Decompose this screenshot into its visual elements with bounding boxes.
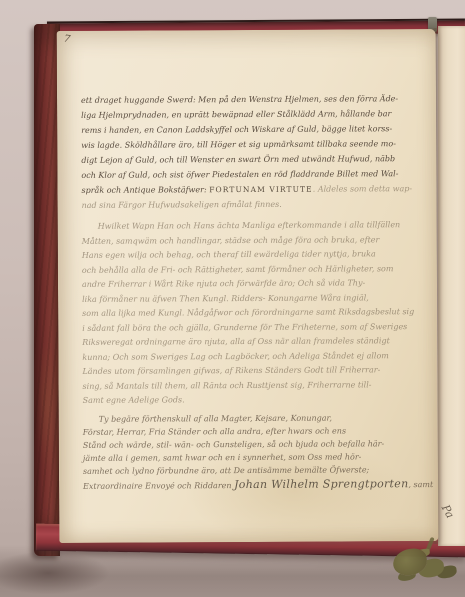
manuscript-line: wis lagde. Sköldhållare äro, till Höger … bbox=[81, 136, 407, 153]
text-part: Extraordinaire Envoyé och Riddaren bbox=[83, 481, 234, 491]
manuscript-line: Samt egne Adelige Gods. bbox=[83, 392, 409, 408]
text-block: ett draget huggande Swerd: Men på den We… bbox=[81, 91, 409, 492]
next-page-edge bbox=[438, 26, 465, 546]
manuscript-line: Extraordinaire Envoyé och Riddaren Johan… bbox=[83, 477, 409, 493]
manuscript-line: och Klor af Guld, och sist öfwer Piedest… bbox=[81, 166, 407, 183]
text-part: . Aldeles som detta wap- bbox=[313, 184, 412, 194]
manuscript-line: liga Hjelmprydnaden, en uprätt bewäpnad … bbox=[81, 106, 407, 123]
text-part: språk och Antique Bokstäfwer: bbox=[81, 185, 209, 195]
manuscript-line: digt Lejon af Guld, och till Wenster en … bbox=[81, 151, 407, 168]
scanned-book-photo: Pa 7 ett draget huggande Swerd: Men på d… bbox=[0, 0, 465, 597]
page-number: 7 bbox=[63, 33, 71, 45]
manuscript-page: 7 ett draget huggande Swerd: Men på den … bbox=[57, 29, 439, 543]
text-part: , samt bbox=[408, 480, 433, 489]
manuscript-line: nad sina Färgor Hufwudsakeligen afmålat … bbox=[82, 196, 408, 213]
manuscript-line: ett draget huggande Swerd: Men på den We… bbox=[81, 91, 407, 108]
text-part: FORTUNAM VIRTUTE bbox=[209, 185, 313, 195]
manuscript-line: språk och Antique Bokstäfwer: FORTUNAM V… bbox=[81, 181, 407, 198]
manuscript-line: rems i handen, en Canon Laddskyffel och … bbox=[81, 121, 407, 138]
highlighted-name: Johan Wilhelm Sprengtporten bbox=[234, 477, 408, 491]
